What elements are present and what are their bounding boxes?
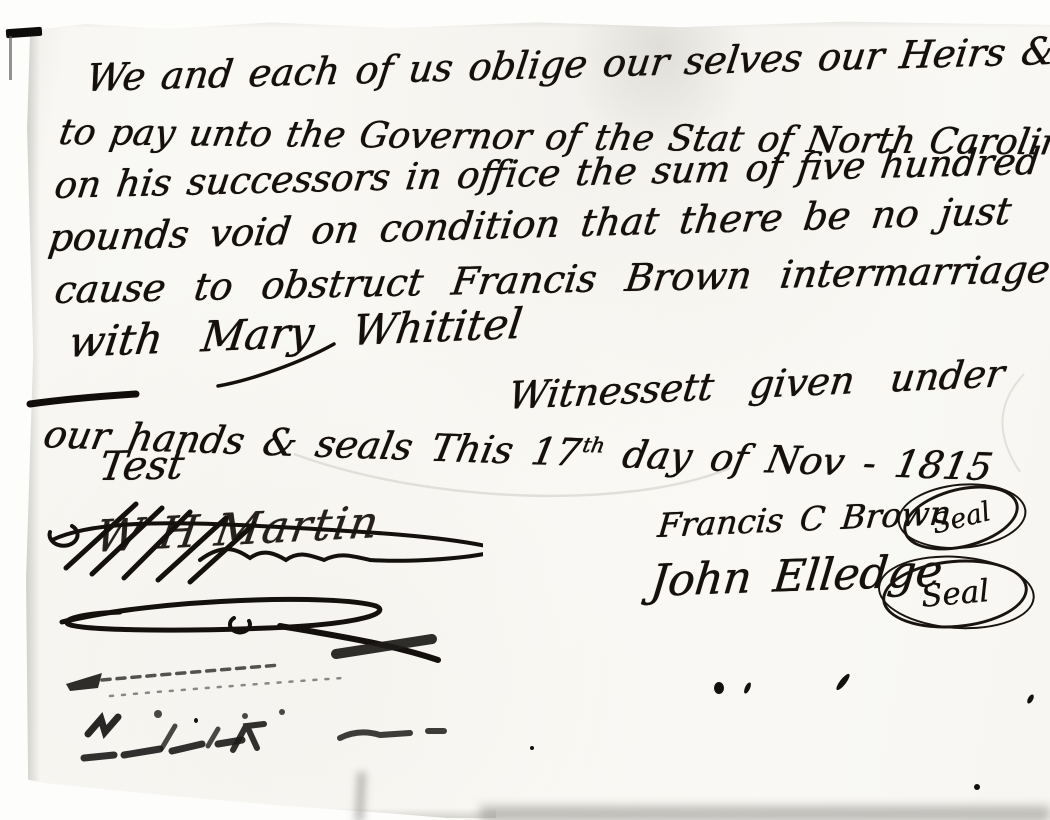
paper-crease-right <box>990 372 1042 476</box>
paper-crease-center <box>290 442 735 517</box>
scan-edge-smudge <box>480 806 1050 820</box>
ink-speck <box>974 784 980 790</box>
ink-speck <box>194 718 198 723</box>
paper-edge-shading-top <box>24 16 1050 28</box>
ink-speck <box>530 746 534 750</box>
pen-flourish-stroke <box>26 390 142 408</box>
scan-corner-artifact-tail <box>9 36 12 80</box>
pen-swash <box>212 338 342 394</box>
seal-label: Seal <box>929 496 994 540</box>
scan-edge-smudge-streak <box>355 772 367 820</box>
scanned-document-page: We and each of us oblige our selves our … <box>0 0 1050 820</box>
ink-speck <box>714 682 724 694</box>
faded-ink-marks <box>40 628 475 798</box>
paper-edge-shading-bottom <box>24 808 496 818</box>
seal-label: Seal <box>920 573 991 615</box>
attestation-label: Test <box>96 442 187 490</box>
